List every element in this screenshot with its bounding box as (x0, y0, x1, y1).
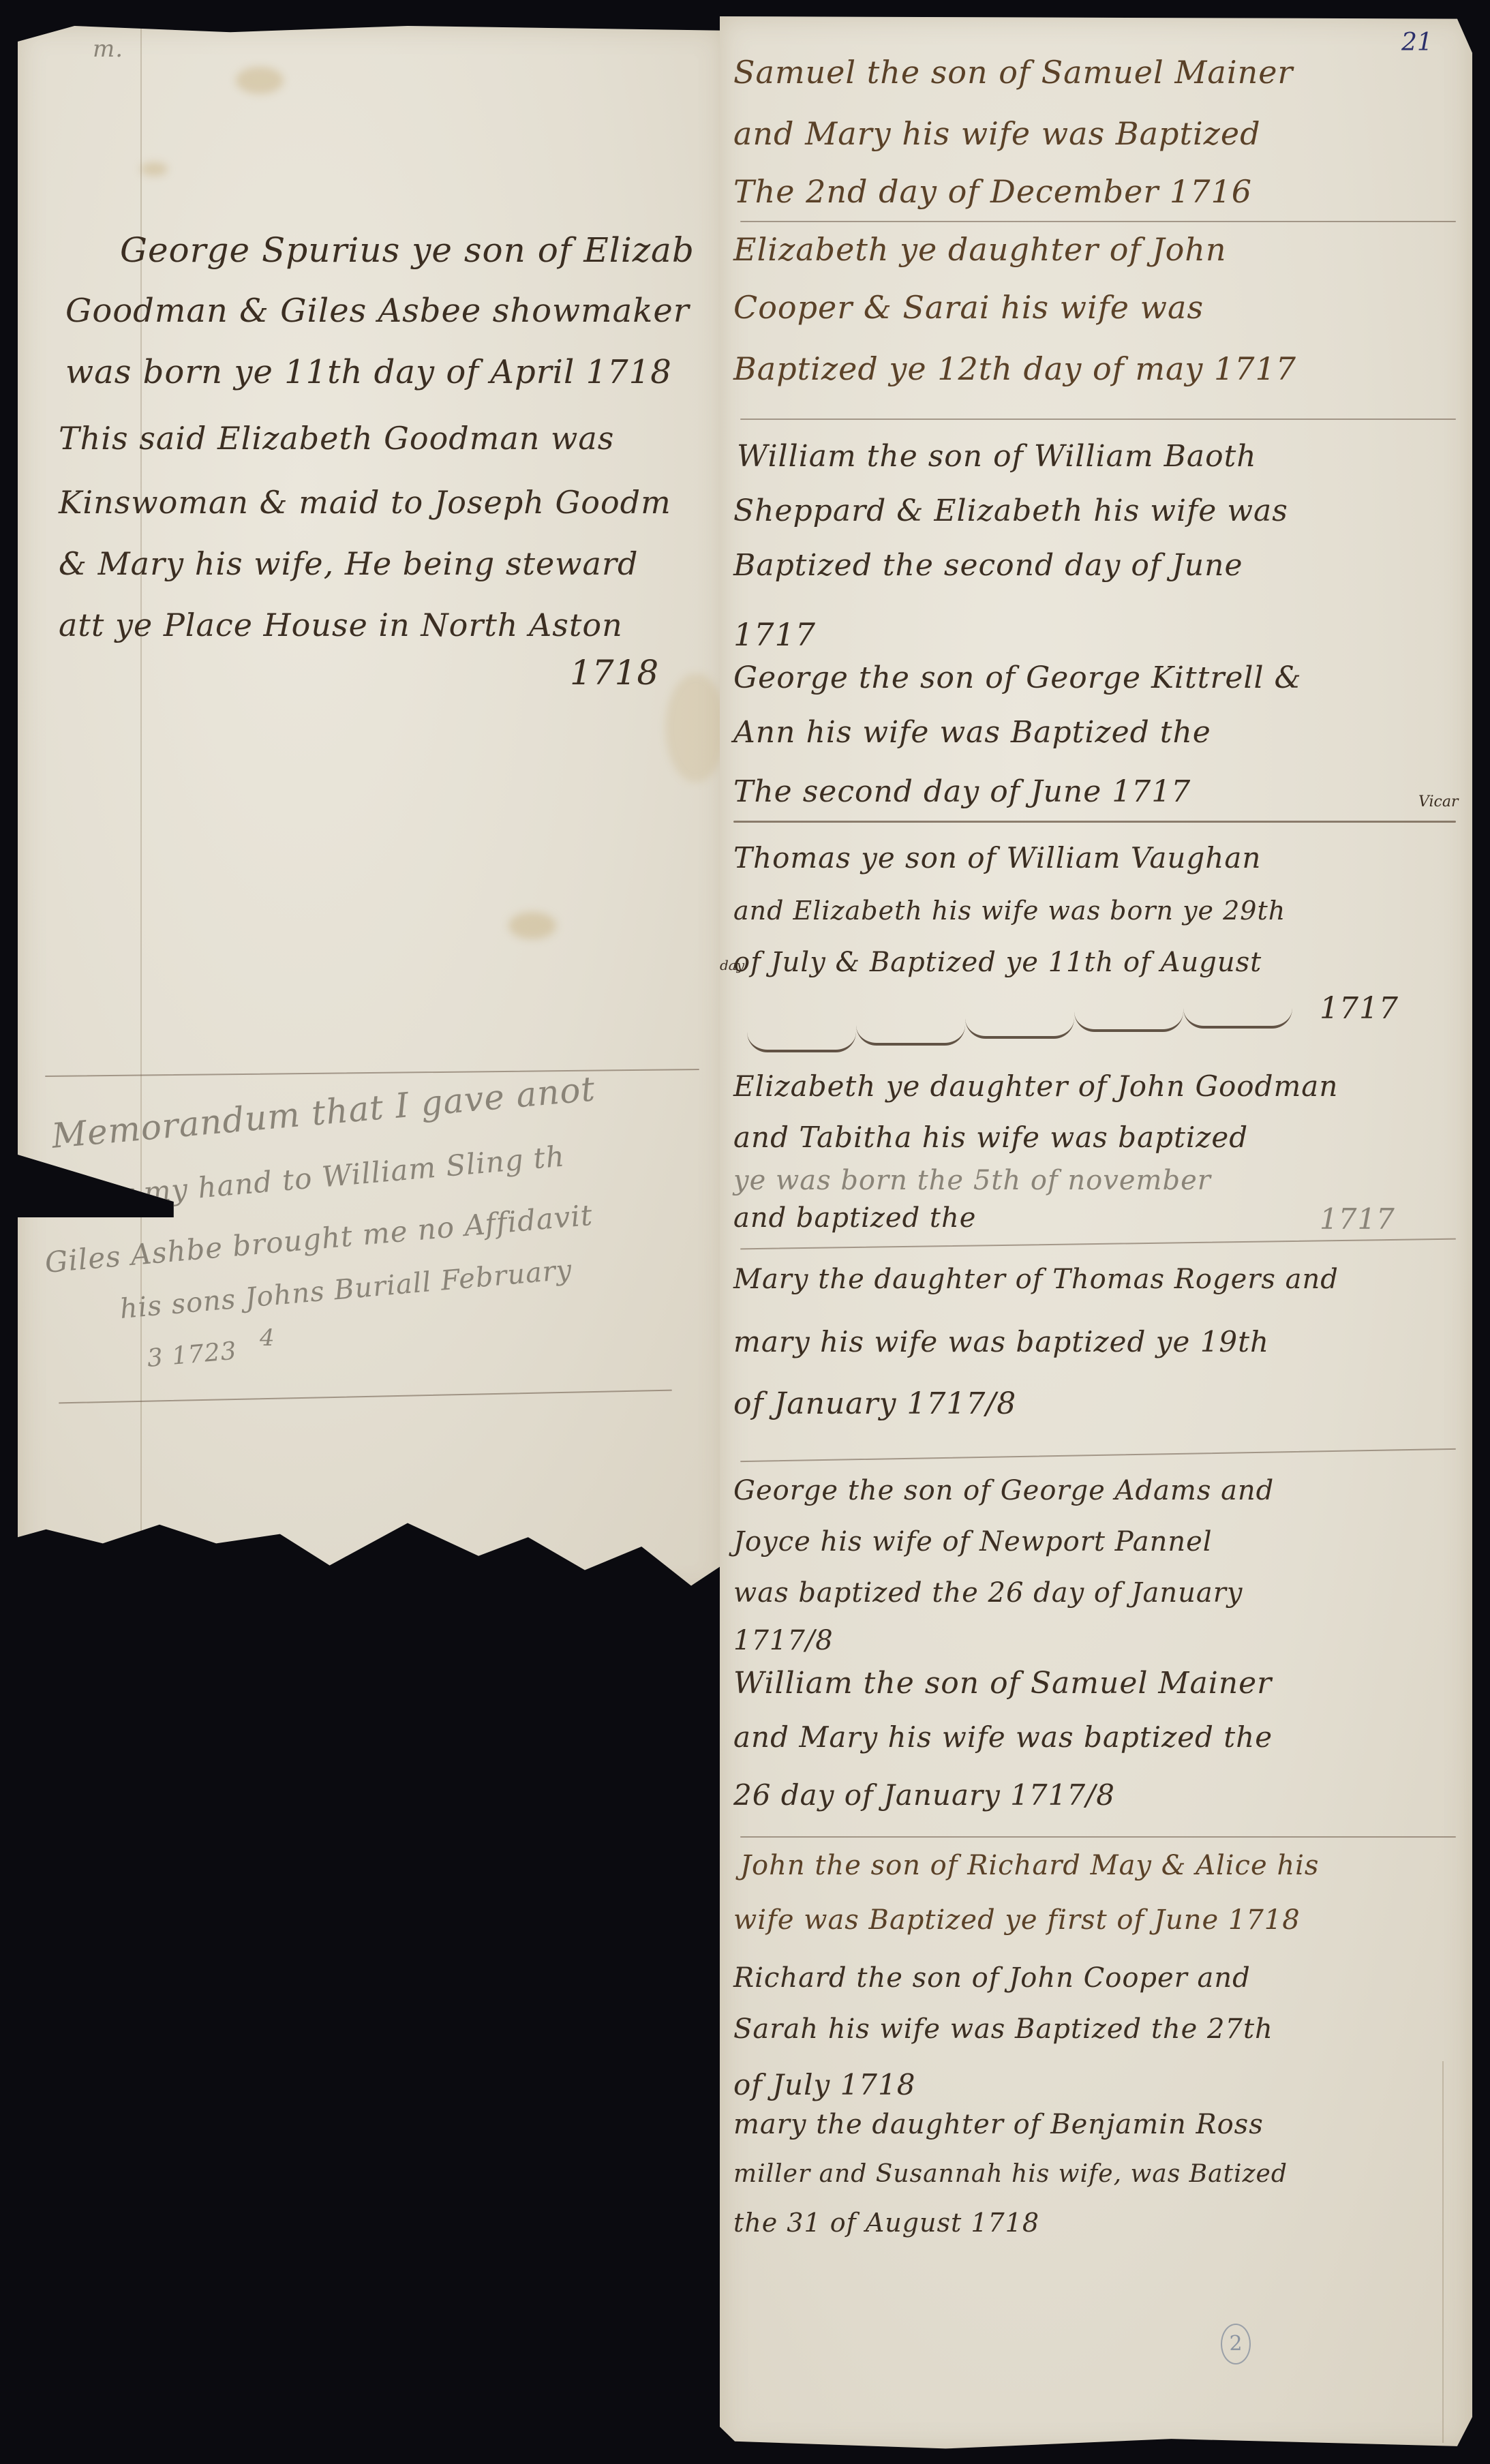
left-page: m. George Spurius ye son of Elizab Goodm… (18, 26, 727, 1594)
entry-line: Joyce his wife of Newport Pannel (733, 1526, 1213, 1557)
left-entry-line: Goodman & Giles Asbee showmaker (65, 292, 690, 330)
entry-line: of July 1718 (733, 2068, 915, 2101)
memorandum-line: under my hand to William Sling th (44, 1139, 566, 1218)
entry-line: Baptized ye 12th day of may 1717 (733, 350, 1296, 387)
entry-line: The 2nd day of December 1716 (733, 173, 1252, 210)
memorandum-fraction: 4 (260, 1324, 275, 1352)
entry-line: 1717 (1320, 991, 1399, 1026)
left-entry-line: Kinswoman & maid to Joseph Goodm (59, 484, 671, 521)
entry-line: miller and Susannah his wife, was Batize… (733, 2160, 1288, 2188)
entry-line: mary the daughter of Benjamin Ross (733, 2109, 1264, 2140)
entry-line: the 31 of August 1718 (733, 2208, 1039, 2238)
left-entry-line: George Spurius ye son of Elizab (120, 230, 695, 270)
archive-stamp: 2 (1221, 2324, 1251, 2364)
entry-line: Elizabeth ye daughter of John Goodman (733, 1069, 1338, 1103)
left-entry-line: This said Elizabeth Goodman was (59, 420, 614, 457)
entry-line: of July & Baptized ye 11th of August (733, 947, 1262, 978)
entry-line: Ann his wife was Baptized the (733, 715, 1211, 750)
entry-line: 26 day of January 1717/8 (733, 1778, 1115, 1812)
entry-line: mary his wife was baptized ye 19th (733, 1325, 1269, 1358)
left-entry-line: & Mary his wife, He being steward (59, 545, 638, 582)
entry-line: and Mary his wife was baptized the (733, 1720, 1273, 1754)
entry-line: George the son of George Adams and (733, 1475, 1274, 1506)
left-entry-year: 1718 (570, 653, 659, 693)
entry-line: George the son of George Kittrell & (733, 660, 1302, 695)
entry-line: Sarah his wife was Baptized the 27th (733, 2013, 1273, 2045)
entry-line: 1717 (733, 616, 816, 653)
entry-line: of January 1717/8 (733, 1386, 1016, 1421)
left-entry-line: was born ye 11th day of April 1718 (65, 353, 672, 391)
entry-line: The second day of June 1717 (733, 774, 1191, 809)
right-page: 21 Samuel the son of Samuel Mainer and M… (720, 16, 1472, 2451)
entry-line: Baptized the second day of June (733, 548, 1243, 583)
entry-line: Elizabeth ye daughter of John (733, 231, 1227, 268)
entry-line: wife was Baptized ye first of June 1718 (733, 1904, 1301, 1936)
left-entry-line: att ye Place House in North Aston (59, 607, 623, 643)
entry-line: ye was born the 5th of november (733, 1165, 1211, 1196)
entry-line: Samuel the son of Samuel Mainer (733, 54, 1293, 91)
corner-mark: m. (93, 35, 123, 63)
entry-line: and Elizabeth his wife was born ye 29th (733, 896, 1286, 926)
entry-line: John the son of Richard May & Alice his (740, 1850, 1319, 1881)
entry-line: Thomas ye son of William Vaughan (733, 841, 1261, 874)
memorandum-date: 3 1723 (146, 1337, 238, 1373)
entry-line: Sheppard & Elizabeth his wife was (733, 493, 1288, 528)
page-number: 21 (1401, 29, 1433, 57)
entry-line: William the son of William Baoth (737, 439, 1257, 474)
entry-line: Richard the son of John Cooper and (733, 1962, 1251, 1994)
margin-note-day: day (720, 957, 744, 973)
entry-line: and Tabitha his wife was baptized (733, 1121, 1248, 1154)
entry-line: and Mary his wife was Baptized (733, 115, 1261, 152)
entry-line: Cooper & Sarai his wife was (733, 289, 1204, 326)
entry-line: 1717/8 (733, 1625, 834, 1656)
entry-line: was baptized the 26 day of January (733, 1577, 1243, 1609)
entry-year: 1717 (1320, 1202, 1395, 1236)
entry-line: Mary the daughter of Thomas Rogers and (733, 1264, 1339, 1295)
entry-line: William the son of Samuel Mainer (733, 1666, 1272, 1701)
wavy-divider (747, 1032, 856, 1052)
entry-line: and baptized the (733, 1202, 976, 1234)
margin-note-vicar: Vicar (1418, 793, 1459, 810)
